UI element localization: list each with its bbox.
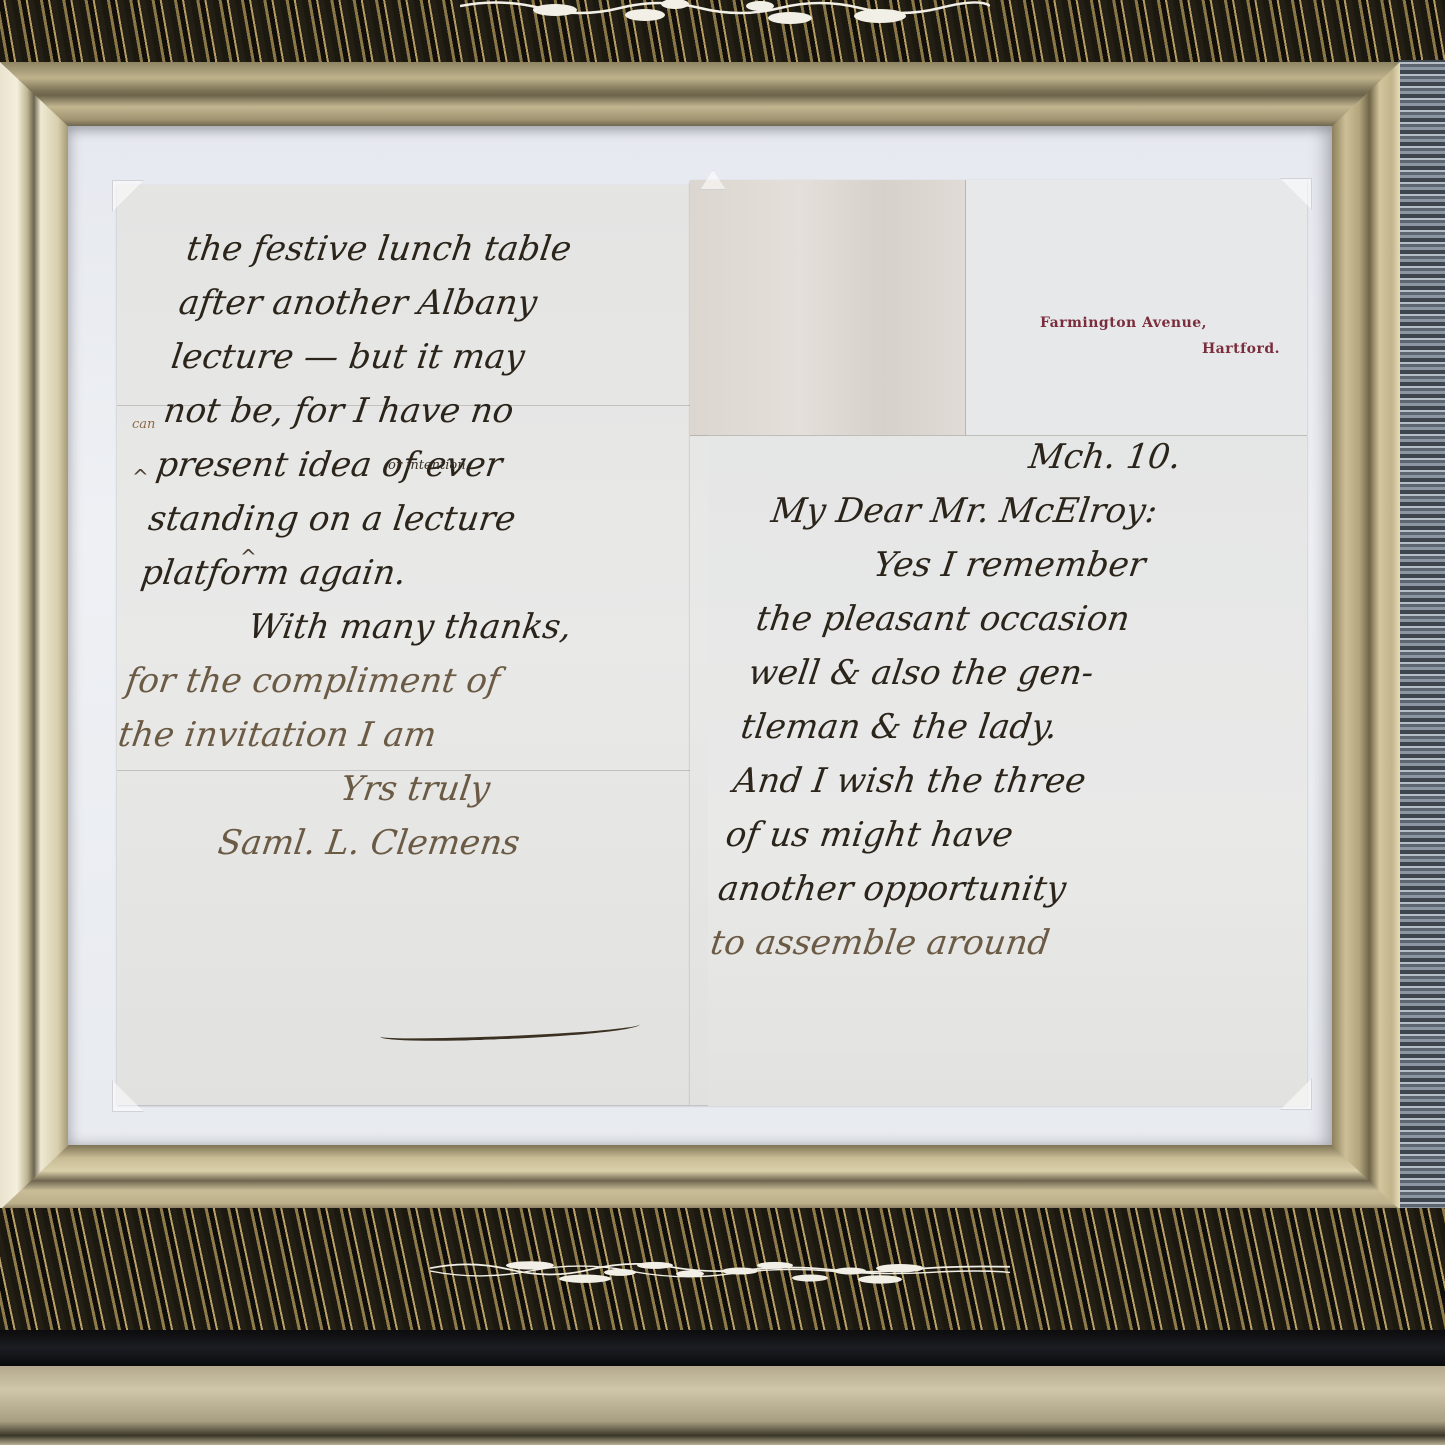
frame-right-edge bbox=[1398, 60, 1445, 1210]
handwritten-line: lecture — but it may bbox=[168, 330, 613, 384]
gilt-liner-right bbox=[1332, 62, 1400, 1210]
handwritten-line: to assemble around bbox=[707, 916, 1116, 970]
frame-bottom-ornament bbox=[420, 1257, 1020, 1285]
signature: Saml. L. Clemens bbox=[99, 816, 544, 870]
handwritten-line: And I wish the three bbox=[730, 754, 1139, 808]
gilt-liner-left bbox=[0, 62, 68, 1210]
handwritten-line: Yes I remember bbox=[760, 538, 1169, 592]
handwritten-line: after another Albany bbox=[175, 276, 620, 330]
handwritten-line: With many thanks, bbox=[130, 600, 575, 654]
handwritten-line: platform again. bbox=[137, 546, 582, 600]
letterhead-street: Farmington Avenue, bbox=[1040, 315, 1207, 331]
handwritten-line: another opportunity bbox=[715, 862, 1124, 916]
handwritten-line: present idea of ever bbox=[153, 438, 598, 492]
handwritten-line: standing on a lecture bbox=[145, 492, 590, 546]
letter-date: Mch. 10. bbox=[775, 430, 1184, 484]
salutation: My Dear Mr. McElroy: bbox=[768, 484, 1177, 538]
handwritten-line: tleman & the lady. bbox=[737, 700, 1146, 754]
left-page-text: the festive lunch table after another Al… bbox=[99, 222, 628, 870]
handwritten-line: for the compliment of bbox=[122, 654, 567, 708]
frame-bottom-gilt bbox=[0, 1366, 1445, 1445]
gilt-liner-bottom bbox=[0, 1145, 1400, 1210]
caret-mark: ^ bbox=[132, 465, 149, 489]
handwritten-line: well & also the gen- bbox=[745, 646, 1154, 700]
gilt-liner-top bbox=[0, 62, 1400, 126]
handwritten-line: not be, for I have no bbox=[160, 384, 605, 438]
closing: Yrs truly bbox=[107, 762, 552, 816]
caret-mark: ^ bbox=[240, 545, 257, 569]
letterhead-panel bbox=[966, 180, 1307, 435]
handwritten-line: the invitation I am bbox=[115, 708, 560, 762]
insertion-or-intention: or intention bbox=[388, 458, 466, 473]
handwritten-line: the pleasant occasion bbox=[753, 592, 1162, 646]
handwritten-line: of us might have bbox=[722, 808, 1131, 862]
frame-black-rail bbox=[0, 1330, 1445, 1366]
frame-top-ornament bbox=[460, 0, 990, 28]
letterhead: Farmington Avenue, Hartford. bbox=[1040, 310, 1280, 362]
handwritten-line: the festive lunch table bbox=[183, 222, 628, 276]
right-page-text: Mch. 10. My Dear Mr. McElroy: Yes I reme… bbox=[707, 430, 1184, 970]
folded-blank-panel bbox=[690, 180, 966, 436]
insertion-can: can bbox=[132, 417, 155, 432]
letterhead-city: Hartford. bbox=[1040, 336, 1280, 362]
